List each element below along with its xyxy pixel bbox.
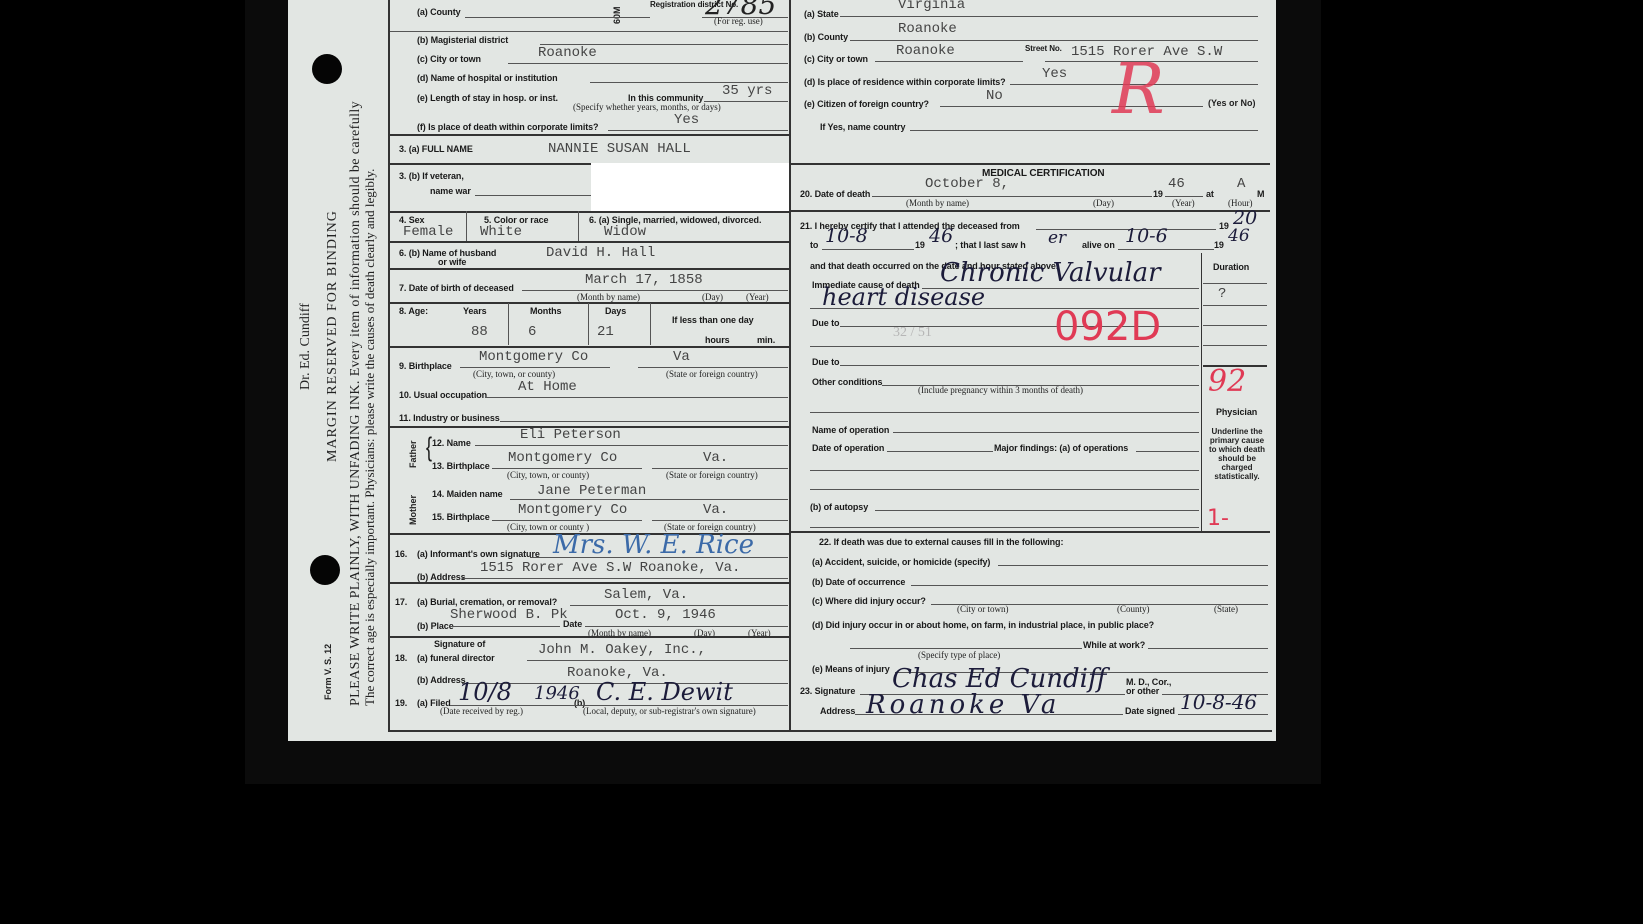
binding-note: MARGIN RESERVED FOR BINDING [325,210,341,462]
community-value: 35 yrs [722,83,772,99]
certifier-other-label: or other [1126,686,1159,696]
certifier-address-label: Address [820,706,855,716]
death-day-note: (Day) [1093,198,1114,208]
registrar-signature: C. E. Dewit [596,678,733,706]
father-name-value: Eli Peterson [520,427,621,443]
burial-value: Salem, Va. [604,587,688,603]
pregnancy-note: (Include pregnancy within 3 months of de… [918,385,1083,395]
months-value: 6 [528,324,536,340]
city-label: (c) City or town [417,54,481,64]
sex-value: Female [403,224,453,240]
burial-label: (a) Burial, cremation, or removal? [417,597,557,607]
filed-year-value: 1946 [534,683,580,704]
burial-place-value: Sherwood B. Pk [450,607,568,623]
alive-year-prefix: 19 [1214,240,1224,250]
burial-num: 17. [395,597,407,607]
funeral-sig-label: Signature of [434,639,485,649]
burial-date-label: Date [563,619,582,629]
immediate-cause-value-2: heart disease [822,283,985,311]
duration-value: ? [1218,286,1226,302]
external-heading: 22. If death was due to external causes … [819,537,1063,547]
column-divider [789,0,791,730]
death-year-note: (Year) [1172,198,1195,208]
red-cause-code: 092D [1054,304,1161,350]
father-birthplace-label: 13. Birthplace [432,461,490,471]
place-type-note: (Specify type of place) [918,650,1000,660]
death-date-value: October 8, [925,176,1009,192]
alive-label: alive on [1082,240,1115,250]
filed-date-value: 10/8 [458,678,512,706]
full-name-label: 3. (a) FULL NAME [399,144,473,154]
country-label: If Yes, name country [820,122,905,132]
death-date-label: 20. Date of death [800,189,870,199]
occupation-label: 10. Usual occupation [399,390,487,400]
punch-hole-bottom [310,555,340,585]
dob-month-note: (Month by name) [577,292,640,302]
yes-no-note: (Yes or No) [1208,98,1256,108]
county-label: (a) County [417,7,461,17]
street-label: Street No. [1025,44,1062,53]
informant-signature-label: (a) Informant's own signature [417,549,540,559]
red-side-mark: 92 [1208,364,1246,399]
foreign-label: (e) Citizen of foreign country? [804,99,929,109]
funeral-num: 18. [395,653,407,663]
external-a-label: (a) Accident, suicide, or homicide (spec… [812,557,990,567]
pencil-note: 32 / 51 [893,325,932,341]
residence-state-label: (a) State [804,9,839,19]
alive-year-value: 46 [1228,226,1250,246]
death-m-label: M [1257,189,1264,199]
magisterial-label: (b) Magisterial district [417,35,508,45]
due-to-label-1: Due to [812,318,839,328]
to-label: to [810,240,818,250]
death-year-value: 46 [1168,176,1185,192]
birthplace-city-note: (City, town, or county) [473,369,555,379]
informant-num: 16. [395,549,407,559]
to-year-prefix: 19 [915,240,925,250]
other-conditions-label: Other conditions [812,377,882,387]
days-label: Days [605,306,626,316]
city-value: Roanoke [538,45,597,61]
external-state-note: (State) [1214,604,1238,614]
full-name-value: NANNIE SUSAN HALL [548,141,691,157]
mother-birthplace-label: 15. Birthplace [432,512,490,522]
father-state-note: (State or foreign country) [666,470,758,480]
father-name-label: 12. Name [432,438,471,448]
stay-label: (e) Length of stay in hosp. or inst. [417,93,558,103]
funeral-director-value: John M. Oakey, Inc., [538,642,706,658]
red-review-mark: R [1112,48,1165,130]
external-d-label: (d) Did injury occur in or about home, o… [812,620,1154,630]
death-month-note: (Month by name) [906,198,969,208]
operation-date-label: Date of operation [812,443,884,453]
physician-label: Physician [1216,407,1257,417]
dob-label: 7. Date of birth of deceased [399,283,514,293]
residence-city-value: Roanoke [896,43,955,59]
burial-place-label: (b) Place [417,621,454,631]
spouse-value: David H. Hall [546,245,655,261]
major-findings-label: Major findings: (a) of operations [994,443,1128,453]
redacted-area [591,163,789,211]
years-label: Years [463,306,487,316]
informant-address-value: 1515 Rorer Ave S.W Roanoke, Va. [480,560,740,576]
informant-signature: Mrs. W. E. Rice [553,530,754,560]
external-c-label: (c) Where did injury occur? [812,596,926,606]
birthplace-state: Va [673,349,690,365]
residence-corporate-value: Yes [1042,66,1067,82]
mother-name-value: Jane Peterman [537,483,646,499]
dob-value: March 17, 1858 [585,272,703,288]
date-signed-value: 10-8-46 [1180,690,1257,714]
death-corporate-label: (f) Is place of death within corporate l… [417,122,598,132]
stay-note: (Specify whether years, months, or days) [573,102,721,112]
filing-num: 19. [395,698,407,708]
operation-label: Name of operation [812,425,889,435]
last-saw-label: ; that I last saw h [955,240,1026,250]
residence-county-label: (b) County [804,32,848,42]
duration-label: Duration [1213,262,1249,272]
age-label: 8. Age: [399,306,428,316]
external-city-note: (City or town) [957,604,1009,614]
due-to-label-2: Due to [812,357,839,367]
min-label: min. [757,335,775,345]
while-at-work-label: While at work? [1083,640,1145,650]
birthplace-label: 9. Birthplace [399,361,452,371]
birthplace-state-note: (State or foreign country) [666,369,758,379]
occupation-value: At Home [518,379,577,395]
mother-birthplace-city: Montgomery Co [518,502,627,518]
industry-label: 11. Industry or business [399,413,500,423]
red-tick: 1- [1207,506,1229,531]
father-tag: Father [408,440,418,468]
death-hour-value: A [1237,176,1245,192]
registrar-note: (Local, deputy, or sub-registrar's own s… [583,706,756,716]
reg-use-note: (For reg. use) [714,16,763,26]
external-b-label: (b) Date of occurrence [812,577,905,587]
father-birthplace-state: Va. [703,450,728,466]
mother-birthplace-state: Va. [703,502,728,518]
father-city-note: (City, town, or county) [507,470,589,480]
burial-date-value: Oct. 9, 1946 [615,607,716,623]
father-birthplace-city: Montgomery Co [508,450,617,466]
certifier-signature-label: 23. Signature [800,686,855,696]
certifier-address-value: Roanoke Va [866,690,1060,720]
physician-note: Dr. Ed. Cundiff [298,303,314,390]
mother-tag: Mother [408,495,418,525]
last-saw-pronoun: er [1048,228,1066,248]
death-at-label: at [1206,189,1214,199]
funeral-director-label: (a) funeral director [417,653,495,663]
race-value: White [480,224,522,240]
date-signed-label: Date signed [1125,706,1175,716]
form-number: Form V. S. 12 [323,644,333,700]
punch-hole-top [312,54,342,84]
external-e-label: (e) Means of injury [812,664,890,674]
hours-label: hours [705,335,730,345]
months-label: Months [530,306,561,316]
years-value: 88 [471,324,488,340]
informant-address-label: (b) Address [417,572,466,582]
instruction-line-2: The correct age is especially important.… [362,169,378,706]
dob-day-note: (Day) [702,292,723,302]
spouse-label-2: or wife [438,257,466,267]
days-value: 21 [597,324,614,340]
alive-date-value: 10-6 [1125,225,1168,247]
external-county-note: (County) [1117,604,1150,614]
residence-state-value: Virginia [898,0,965,13]
residence-city-label: (c) City or town [804,54,868,64]
marital-value: Widow [604,224,646,240]
mother-name-label: 14. Maiden name [432,489,503,499]
veteran-label: 3. (b) If veteran, [399,171,464,181]
foreign-value: No [986,88,1003,104]
to-year-value: 46 [929,225,953,247]
dob-year-note: (Year) [746,292,769,302]
filed-date-note: (Date received by reg.) [440,706,523,716]
reg-district-label: Registration district No. [650,0,702,9]
birthplace-city: Montgomery Co [479,349,588,365]
residence-corporate-label: (d) Is place of residence within corpora… [804,77,1006,87]
underline-note: Underline the primary cause to which dea… [1205,427,1269,481]
death-year-prefix: 19 [1153,189,1163,199]
autopsy-label: (b) of autopsy [810,502,868,512]
war-label: name war [430,186,471,196]
death-corporate-value: Yes [674,112,699,128]
residence-county-value: Roanoke [898,21,957,37]
hospital-label: (d) Name of hospital or institution [417,73,558,83]
less-day-label: If less than one day [672,315,754,325]
to-date-value: 10-8 [825,225,868,247]
